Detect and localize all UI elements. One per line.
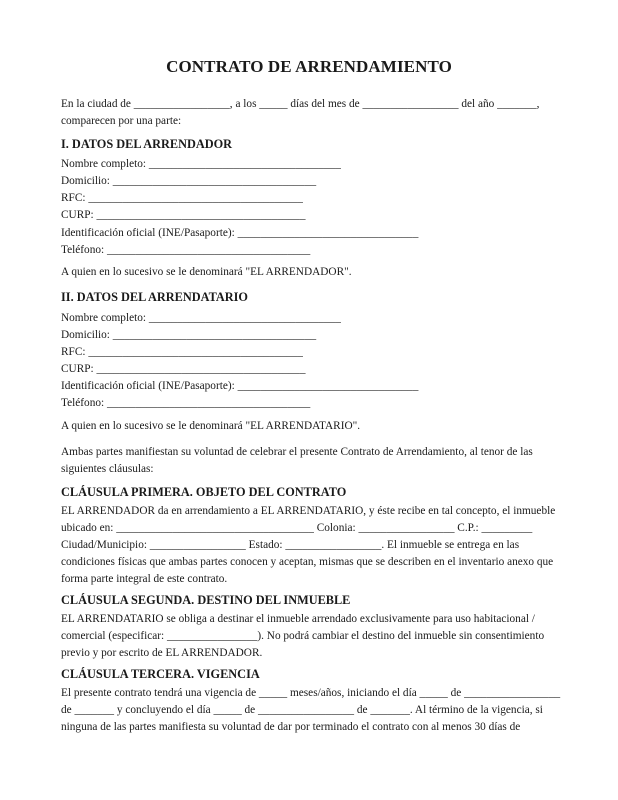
arrendador-telefono-field[interactable]: Teléfono: ______________________________…: [61, 242, 310, 259]
clause1-line-5: forma parte integral de este contrato.: [61, 571, 227, 588]
arrendatario-rfc-field[interactable]: RFC: ___________________________________…: [61, 344, 303, 361]
arrendatario-domicilio-field[interactable]: Domicilio: _____________________________…: [61, 327, 316, 344]
section-heading-arrendador: I. DATOS DEL ARRENDADOR: [61, 137, 232, 152]
clause3-line-3: ninguna de las partes manifiesta su volu…: [61, 719, 520, 736]
clause3-line-2[interactable]: de _______ y concluyendo el día _____ de…: [61, 702, 543, 719]
clause2-line-3: previo y por escrito de EL ARRENDADOR.: [61, 645, 262, 662]
clause3-heading: CLÁUSULA TERCERA. VIGENCIA: [61, 667, 260, 682]
clause2-line-1: EL ARRENDATARIO se obliga a destinar el …: [61, 611, 535, 628]
clause1-line-2[interactable]: ubicado en: ____________________________…: [61, 520, 532, 537]
arrendador-nombre-field[interactable]: Nombre completo: _______________________…: [61, 156, 341, 173]
arrendatario-nombre-field[interactable]: Nombre completo: _______________________…: [61, 310, 341, 327]
arrendador-domicilio-field[interactable]: Domicilio: _____________________________…: [61, 173, 316, 190]
preamble-line-2: siguientes cláusulas:: [61, 461, 154, 478]
arrendatario-curp-field[interactable]: CURP: __________________________________…: [61, 361, 305, 378]
arrendatario-identificacion-field[interactable]: Identificación oficial (INE/Pasaporte): …: [61, 378, 418, 395]
arrendatario-telefono-field[interactable]: Teléfono: ______________________________…: [61, 395, 310, 412]
arrendador-closing: A quien en lo sucesivo se le denominará …: [61, 264, 352, 281]
intro-line-1: En la ciudad de _________________, a los…: [61, 96, 540, 113]
preamble-line-1: Ambas partes manifiestan su voluntad de …: [61, 444, 533, 461]
clause2-line-2[interactable]: comercial (especificar: ________________…: [61, 628, 544, 645]
clause1-line-4: condiciones físicas que ambas partes con…: [61, 554, 553, 571]
contract-page: CONTRATO DE ARRENDAMIENTO En la ciudad d…: [0, 0, 618, 800]
document-title: CONTRATO DE ARRENDAMIENTO: [0, 57, 618, 77]
arrendador-curp-field[interactable]: CURP: __________________________________…: [61, 207, 305, 224]
clause2-heading: CLÁUSULA SEGUNDA. DESTINO DEL INMUEBLE: [61, 593, 350, 608]
section-heading-arrendatario: II. DATOS DEL ARRENDATARIO: [61, 290, 248, 305]
clause1-line-1: EL ARRENDADOR da en arrendamiento a EL A…: [61, 503, 555, 520]
clause3-line-1[interactable]: El presente contrato tendrá una vigencia…: [61, 685, 560, 702]
clause1-line-3[interactable]: Ciudad/Municipio: _________________ Esta…: [61, 537, 519, 554]
clause1-heading: CLÁUSULA PRIMERA. OBJETO DEL CONTRATO: [61, 485, 346, 500]
arrendador-rfc-field[interactable]: RFC: ___________________________________…: [61, 190, 303, 207]
arrendatario-closing: A quien en lo sucesivo se le denominará …: [61, 418, 360, 435]
arrendador-identificacion-field[interactable]: Identificación oficial (INE/Pasaporte): …: [61, 225, 418, 242]
intro-line-2: comparecen por una parte:: [61, 113, 181, 130]
